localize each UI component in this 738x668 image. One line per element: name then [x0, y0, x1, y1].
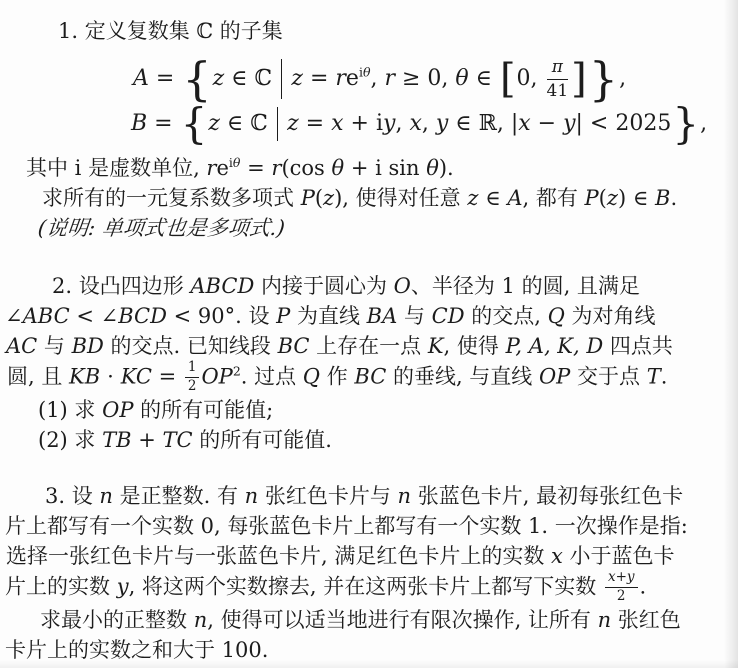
body-text: 1. 定义复数集 ℂ 的子集: [58, 19, 283, 43]
math-italic-text: y: [436, 111, 448, 136]
body-text: ) ∈: [618, 186, 655, 210]
body-text: | < 2025: [576, 111, 672, 136]
fraction: x+y2: [605, 570, 638, 604]
body-text: 上存在一点: [309, 334, 427, 358]
body-text: 与: [397, 304, 431, 328]
body-text: =: [240, 156, 271, 180]
math-italic-text: P: [276, 304, 290, 328]
math-italic-text: x: [608, 569, 616, 585]
math-italic-text: y: [563, 111, 575, 136]
body-text: 其中 i 是虚数单位,: [26, 156, 206, 180]
body-text: ,: [422, 111, 436, 136]
math-italic-text: K: [428, 334, 444, 358]
body-text: (: [315, 186, 323, 210]
document-page: 1. 定义复数集 ℂ 的子集A = {z ∈ ℂz = reiθ, r ≥ 0,…: [0, 0, 738, 668]
math-italic-text: z: [323, 186, 334, 210]
math-italic-text: y: [117, 575, 129, 599]
math-italic-text: θ: [332, 156, 345, 180]
math-italic-text: z: [208, 111, 220, 136]
body-text: 、半径为 1 的圆, 且满足: [411, 274, 640, 298]
math-italic-text: π: [552, 57, 563, 77]
math-italic-text: A: [507, 186, 522, 210]
math-italic-text: x: [551, 544, 563, 568]
p3-line-5: 求最小的正整数 n, 使得可以适当地进行有限次操作, 让所有 n 张红色: [0, 605, 738, 635]
body-text: 的所有可能值;: [133, 398, 273, 422]
p3-line-2: 片上都写有一个实数 0, 每张蓝色卡片上都写有一个实数 1. 一次操作是指:: [0, 511, 738, 541]
p2-line-2: ∠ABC < ∠BCD < 90°. 设 P 为直线 BA 与 CD 的交点, …: [0, 301, 738, 331]
body-text: ,: [700, 111, 707, 136]
math-italic-text: z: [467, 186, 478, 210]
body-text: e: [216, 156, 228, 180]
math-italic-text: x: [518, 111, 530, 136]
math-italic-text: Q: [303, 365, 320, 389]
p2-line-3: AC 与 BD 的交点. 已知线段 BC 上存在一点 K, 使得 P, A, K…: [0, 331, 738, 361]
p1-formula-B: B = {z ∈ ℂz = x + iy, x, y ∈ ℝ, |x − y| …: [0, 103, 738, 145]
math-italic-text: n: [99, 484, 113, 508]
body-text: , 使得: [444, 334, 506, 358]
math-italic-text: A: [133, 66, 149, 91]
math-italic-text: n: [598, 608, 612, 632]
math-italic-text: ABC: [23, 304, 70, 328]
body-text: 片上的实数: [5, 575, 117, 599]
body-text: ∈: [469, 66, 499, 91]
body-text: 为直线: [290, 304, 366, 328]
math-italic-text: r: [206, 156, 216, 180]
math-italic-text: r: [384, 66, 395, 91]
body-text: < 90°. 设: [167, 304, 276, 328]
body-text: (: [599, 186, 607, 210]
body-text: 的垂线, 与直线: [386, 365, 539, 389]
fraction: π41: [547, 57, 569, 101]
body-text: + i sin: [344, 156, 426, 180]
body-text: 求最小的正整数: [40, 608, 194, 632]
kai-style-text: (说明: 单项式也是多项式.): [36, 213, 286, 243]
body-text: +: [132, 428, 163, 452]
p1-question: 求所有的一元复系数多项式 P(z), 使得对任意 z ∈ A, 都有 P(z) …: [0, 183, 738, 213]
math-italic-text: x: [409, 111, 421, 136]
math-italic-text: TC: [163, 428, 193, 452]
body-text: =: [303, 66, 335, 91]
body-text: +: [616, 569, 627, 585]
body-text: 3. 设: [45, 484, 99, 508]
math-italic-text: BC: [354, 365, 386, 389]
math-italic-text: BC: [278, 334, 310, 358]
math-italic-text: OP: [201, 365, 232, 389]
body-text: 张蓝色卡片, 最初每张红色卡: [411, 484, 683, 508]
math-italic-text: B: [131, 111, 147, 136]
body-text: e: [346, 66, 359, 91]
body-text: ∠: [5, 304, 23, 328]
math-italic-text: x: [331, 111, 343, 136]
body-text: , 使得可以适当地进行有限次操作, 让所有: [207, 608, 597, 632]
body-text: 是正整数. 有: [113, 484, 245, 508]
p3-line-6: 卡片上的实数之和大于 100.: [0, 635, 738, 665]
body-text: 交于点: [570, 365, 646, 389]
body-text: −: [531, 111, 563, 136]
body-text: .: [640, 575, 647, 599]
body-text: 四点共: [603, 334, 673, 358]
p1-formula-A: A = {z ∈ ℂz = reiθ, r ≥ 0, θ ∈ [0, π41]}…: [0, 56, 738, 101]
body-text: + i: [344, 111, 383, 136]
body-text: 为对角线: [565, 304, 656, 328]
math-italic-text: z: [213, 66, 225, 91]
body-text: =: [147, 111, 179, 136]
math-italic-text: z: [291, 66, 303, 91]
math-italic-text: ABCD: [190, 274, 254, 298]
math-italic-text: TB: [102, 428, 131, 452]
body-text: 0,: [517, 66, 545, 91]
body-text: 的交点,: [465, 304, 548, 328]
body-text: 卡片上的实数之和大于 100.: [5, 638, 268, 662]
body-text: 张红色卡片与: [258, 484, 397, 508]
math-italic-text: P, A, K, D: [506, 334, 604, 358]
body-text: 选择一张红色卡片与一张蓝色卡片, 满足红色卡片上的实数: [6, 544, 551, 568]
body-text: 2. 设凸四边形: [52, 274, 190, 298]
p1-remark: (说明: 单项式也是多项式.): [0, 213, 738, 243]
math-italic-text: r: [271, 156, 281, 180]
superscript: iθ: [359, 65, 371, 80]
math-italic-text: BCD: [118, 304, 167, 328]
p3-line-3: 选择一张红色卡片与一张蓝色卡片, 满足红色卡片上的实数 x 小于蓝色卡: [0, 541, 738, 571]
math-italic-text: T: [647, 365, 661, 389]
math-italic-text: y: [383, 111, 395, 136]
body-text: =: [299, 111, 331, 136]
body-text: 作: [320, 365, 354, 389]
math-italic-text: BD: [72, 334, 104, 358]
set-builder-bar: [281, 59, 282, 99]
math-italic-text: θ: [455, 66, 468, 91]
body-text: 圆, 且: [7, 365, 69, 389]
p2-line-4: 圆, 且 KB ⋅ KC = 12OP2. 过点 Q 作 BC 的垂线, 与直线…: [0, 361, 738, 395]
body-text: , 都有: [522, 186, 584, 210]
problem-1: 1. 定义复数集 ℂ 的子集A = {z ∈ ℂz = reiθ, r ≥ 0,…: [0, 16, 738, 243]
set-builder-bar: [277, 107, 278, 141]
fraction: 12: [185, 360, 200, 394]
body-text: 小于蓝色卡: [563, 544, 675, 568]
problem-3: 3. 设 n 是正整数. 有 n 张红色卡片与 n 张蓝色卡片, 最初每张红色卡…: [0, 481, 738, 665]
body-text: =: [152, 365, 183, 389]
body-text: < ∠: [70, 304, 119, 328]
body-text: (1) 求: [38, 398, 102, 422]
body-text: ∈ ℂ: [224, 66, 272, 91]
math-italic-text: AC: [6, 334, 37, 358]
body-text: 张红色: [611, 608, 681, 632]
body-text: 的所有可能值.: [193, 428, 332, 452]
body-text: . 过点: [241, 365, 303, 389]
math-italic-text: Q: [548, 304, 565, 328]
p3-line-1: 3. 设 n 是正整数. 有 n 张红色卡片与 n 张蓝色卡片, 最初每张红色卡: [0, 481, 738, 511]
body-text: , 将这两个实数擦去, 并在这两张卡片上都写下实数: [129, 575, 603, 599]
math-italic-text: BA: [367, 304, 398, 328]
math-italic-text: KB: [69, 365, 100, 389]
superscript: iθ: [229, 155, 241, 170]
body-text: 的交点. 已知线段: [104, 334, 278, 358]
problem-2: 2. 设凸四边形 ABCD 内接于圆心为 O、半径为 1 的圆, 且满足∠ABC…: [0, 271, 738, 455]
math-italic-text: z: [607, 186, 618, 210]
body-text: 与: [37, 334, 71, 358]
body-text: ≥ 0,: [395, 66, 455, 91]
math-italic-text: n: [245, 484, 259, 508]
body-text: ,: [395, 111, 409, 136]
body-text: 内接于圆心为: [254, 274, 393, 298]
p1-intro: 1. 定义复数集 ℂ 的子集: [0, 16, 738, 46]
math-italic-text: O: [394, 274, 411, 298]
math-italic-text: r: [335, 66, 346, 91]
superscript: 2: [233, 364, 241, 379]
math-italic-text: OP: [102, 398, 133, 422]
math-italic-text: P: [301, 186, 315, 210]
math-italic-text: n: [398, 484, 412, 508]
body-text: (cos: [281, 156, 331, 180]
p2-part-1: (1) 求 OP 的所有可能值;: [0, 395, 738, 425]
math-italic-text: z: [287, 111, 299, 136]
body-text: ∈ ℂ: [220, 111, 268, 136]
body-text: =: [149, 66, 181, 91]
math-italic-text: CD: [432, 304, 465, 328]
math-italic-text: KC: [121, 365, 152, 389]
body-text: 片上都写有一个实数 0, 每张蓝色卡片上都写有一个实数 1. 一次操作是指:: [5, 514, 688, 538]
body-text: ), 使得对任意: [334, 186, 467, 210]
math-italic-text: θ: [426, 156, 439, 180]
p2-part-2: (2) 求 TB + TC 的所有可能值.: [0, 425, 738, 455]
math-italic-text: n: [194, 608, 208, 632]
math-italic-text: P: [585, 186, 599, 210]
p3-line-4: 片上的实数 y, 将这两个实数擦去, 并在这两张卡片上都写下实数 x+y2.: [0, 571, 738, 605]
body-text: ∈: [478, 186, 507, 210]
body-text: .: [661, 365, 668, 389]
p2-line-1: 2. 设凸四边形 ABCD 内接于圆心为 O、半径为 1 的圆, 且满足: [0, 271, 738, 301]
p1-unit-note: 其中 i 是虚数单位, reiθ = r(cos θ + i sin θ).: [0, 153, 738, 183]
math-italic-text: y: [627, 569, 635, 585]
body-text: ⋅: [100, 365, 121, 389]
body-text: ).: [439, 156, 454, 180]
body-text: (2) 求: [38, 428, 102, 452]
body-text: 求所有的一元复系数多项式: [42, 186, 301, 210]
body-text: ,: [619, 66, 626, 91]
body-text: .: [670, 186, 677, 210]
math-italic-text: OP: [539, 365, 570, 389]
body-text: ∈ ℝ, |: [448, 111, 518, 136]
math-italic-text: B: [655, 186, 670, 210]
body-text: ,: [370, 66, 384, 91]
